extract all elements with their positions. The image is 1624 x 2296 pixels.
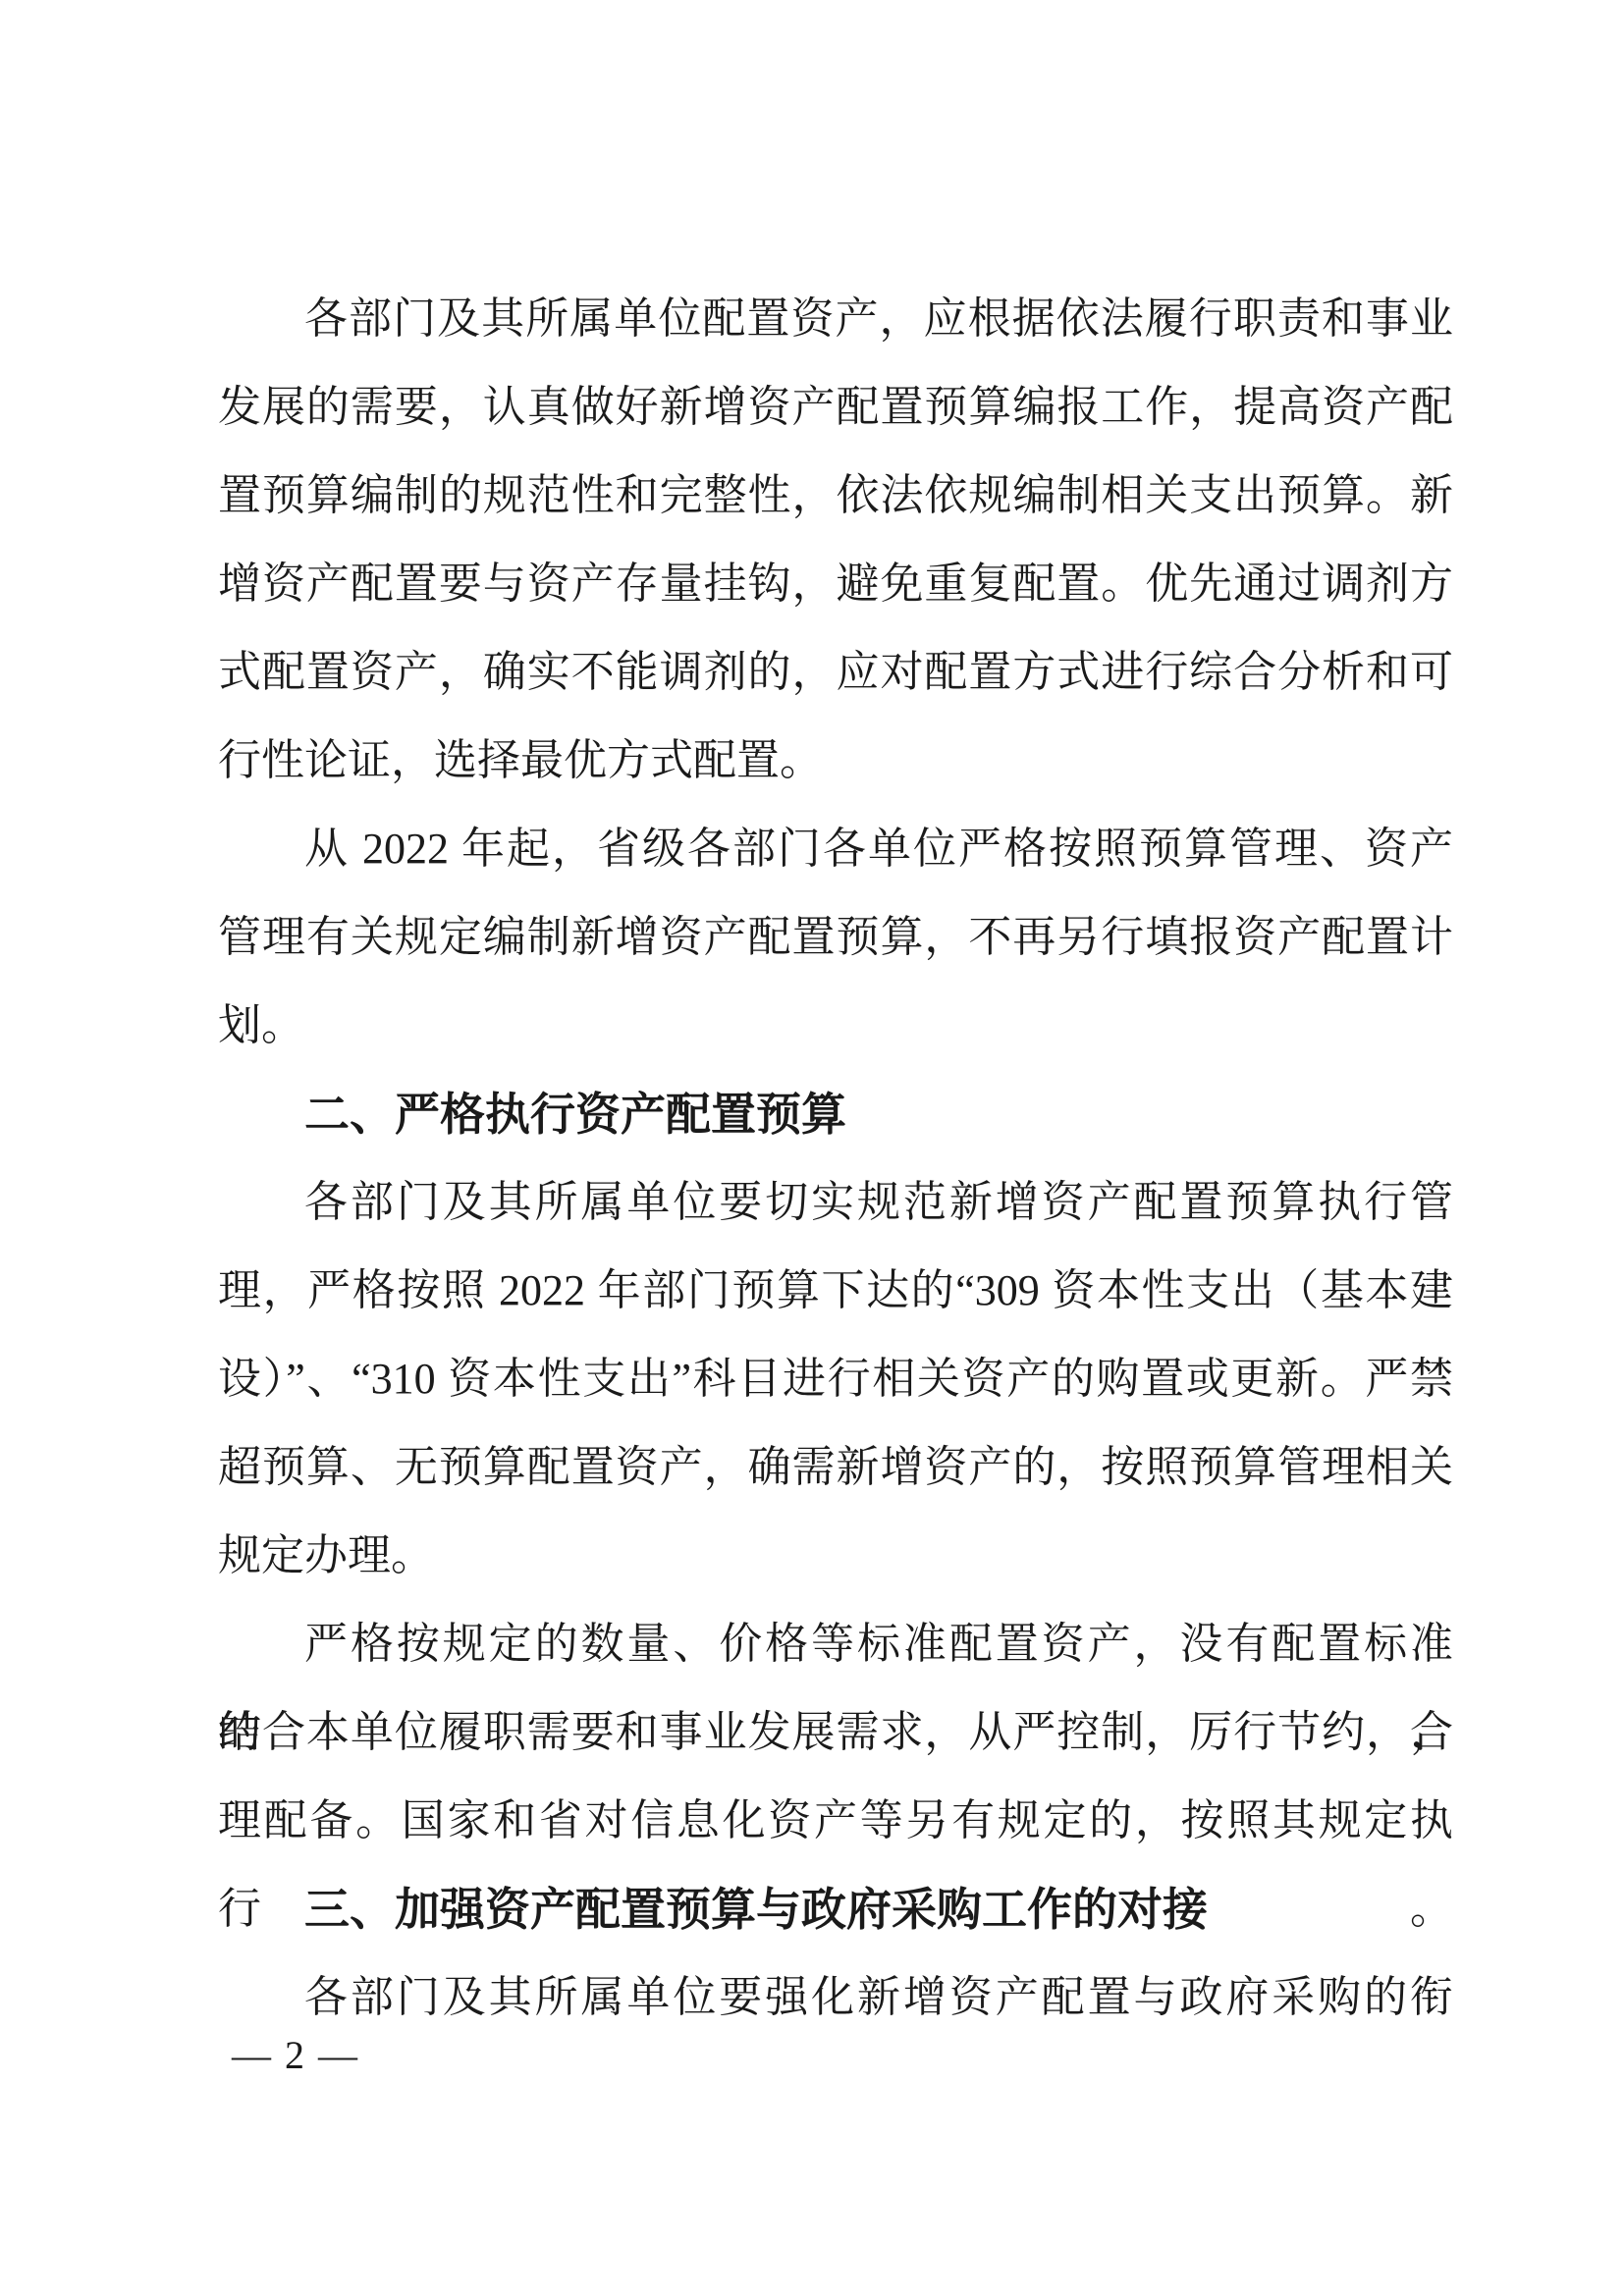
text-line: 置预算编制的规范性和完整性，依法依规编制相关支出预算。新 xyxy=(218,452,1453,540)
text-line: 从 2022 年起，省级各部门各单位严格按照预算管理、资产 xyxy=(218,805,1453,893)
text-line: 划。 xyxy=(218,982,1453,1070)
text-line: 各部门及其所属单位配置资产，应根据依法履行职责和事业 xyxy=(218,275,1453,363)
text-line: 严格按规定的数量、价格等标准配置资产，没有配置标准的， xyxy=(218,1600,1453,1688)
text-line: 规定办理。 xyxy=(218,1512,1453,1600)
text-line: 各部门及其所属单位要切实规范新增资产配置预算执行管 xyxy=(218,1158,1453,1247)
text-line: 结合本单位履职需要和事业发展需求，从严控制，厉行节约，合 xyxy=(218,1688,1453,1777)
page-number: — 2 — xyxy=(232,2032,359,2079)
text-line: 增资产配置要与资产存量挂钩，避免重复配置。优先通过调剂方 xyxy=(218,540,1453,628)
text-line: 发展的需要，认真做好新增资产配置预算编报工作，提高资产配 xyxy=(218,363,1453,452)
text-line: 理，严格按照 2022 年部门预算下达的“309 资本性支出（基本建 xyxy=(218,1247,1453,1335)
text-line: 行性论证，选择最优方式配置。 xyxy=(218,717,1453,805)
text-line: 管理有关规定编制新增资产配置预算，不再另行填报资产配置计 xyxy=(218,893,1453,982)
text-line: 各部门及其所属单位要强化新增资产配置与政府采购的衔 xyxy=(218,1953,1453,2042)
document-body: 各部门及其所属单位配置资产，应根据依法履行职责和事业 发展的需要，认真做好新增资… xyxy=(218,275,1453,2042)
section-heading-2: 二、严格执行资产配置预算 xyxy=(218,1070,1453,1158)
text-line: 理配备。国家和省对信息化资产等另有规定的，按照其规定执行。 xyxy=(218,1777,1453,1865)
text-line: 式配置资产，确实不能调剂的，应对配置方式进行综合分析和可 xyxy=(218,628,1453,717)
text-line: 超预算、无预算配置资产，确需新增资产的，按照预算管理相关 xyxy=(218,1423,1453,1512)
document-page: 各部门及其所属单位配置资产，应根据依法履行职责和事业 发展的需要，认真做好新增资… xyxy=(0,0,1624,2296)
text-line: 设）”、“310 资本性支出”科目进行相关资产的购置或更新。严禁 xyxy=(218,1335,1453,1423)
